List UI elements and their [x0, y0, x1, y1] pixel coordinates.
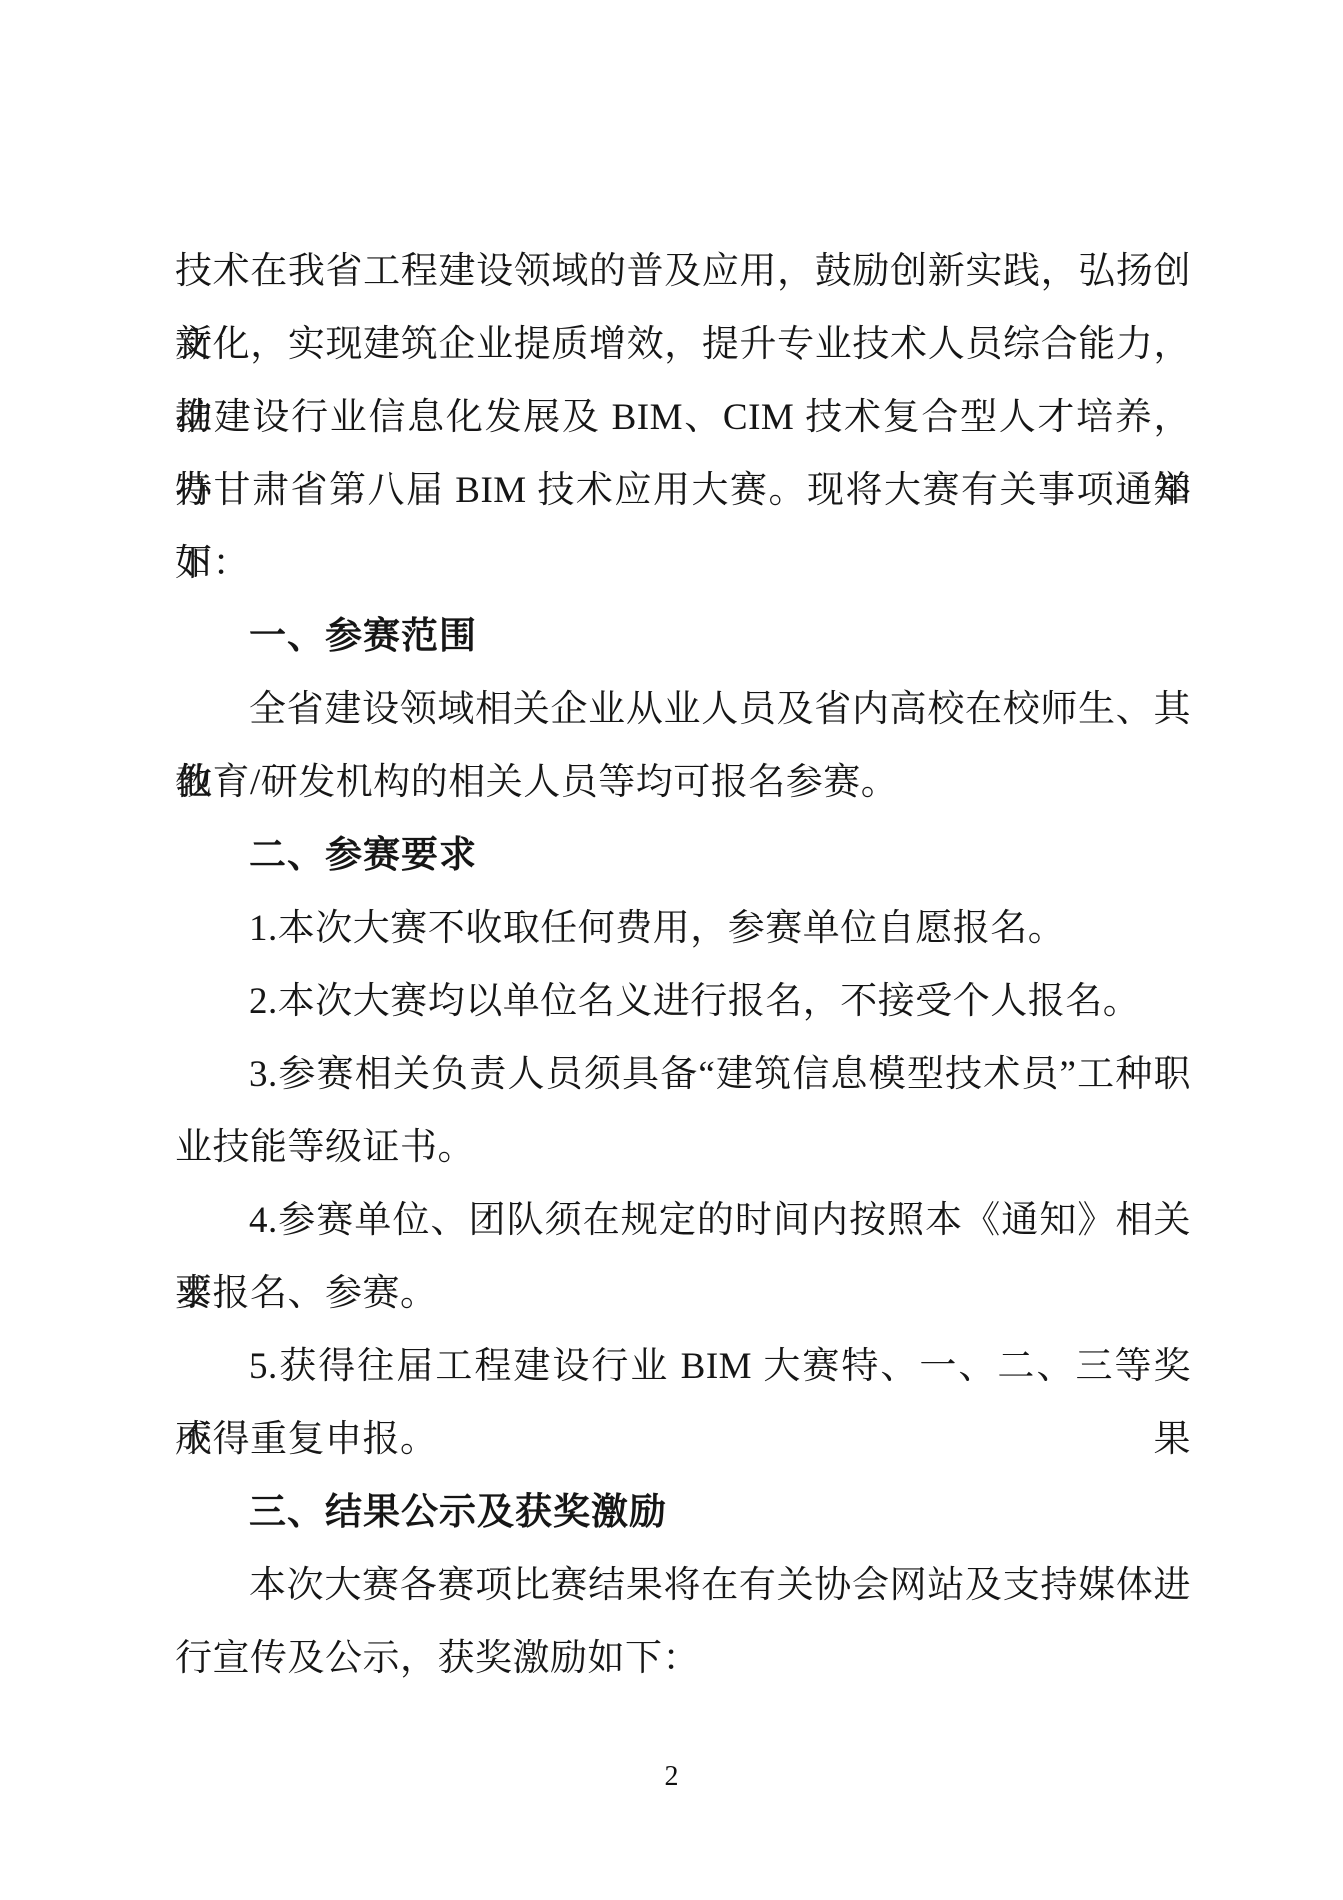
document-page: 技术在我省工程建设领域的普及应用，鼓励创新实践，弘扬创新 文化，实现建筑企业提质…: [0, 0, 1343, 1900]
list-item-4-line: 4.参赛单位、团队须在规定的时间内按照本《通知》相关要: [175, 1184, 1191, 1257]
list-item-4-line: 求报名、参赛。: [175, 1257, 1191, 1330]
paragraph-line: 技术在我省工程建设领域的普及应用，鼓励创新实践，弘扬创新: [175, 235, 1191, 308]
section-3-heading: 三、结果公示及获奖激励: [175, 1476, 1191, 1549]
paragraph-line: 全省建设领域相关企业从业人员及省内高校在校师生、其他: [175, 673, 1191, 746]
paragraph-line: 教育/研发机构的相关人员等均可报名参赛。: [175, 746, 1191, 819]
list-item-3-line: 3.参赛相关负责人员须具备“建筑信息模型技术员”工种职: [175, 1038, 1191, 1111]
list-item-3-line: 业技能等级证书。: [175, 1111, 1191, 1184]
section-2-heading: 二、参赛要求: [175, 819, 1191, 892]
list-item-2-line: 2.本次大赛均以单位名义进行报名，不接受个人报名。: [175, 965, 1191, 1038]
page-number: 2: [0, 1760, 1343, 1794]
paragraph-line: 本次大赛各赛项比赛结果将在有关协会网站及支持媒体进: [175, 1549, 1191, 1622]
paragraph-line: 办甘肃省第八届 BIM 技术应用大赛。现将大赛有关事项通知如: [175, 454, 1191, 527]
document-body: 技术在我省工程建设领域的普及应用，鼓励创新实践，弘扬创新 文化，实现建筑企业提质…: [175, 235, 1191, 1695]
paragraph-line: 行宣传及公示，获奖激励如下：: [175, 1622, 1191, 1695]
paragraph-line: 下：: [175, 527, 1191, 600]
paragraph-line: 文化，实现建筑企业提质增效，提升专业技术人员综合能力，推: [175, 308, 1191, 381]
section-1-heading: 一、参赛范围: [175, 600, 1191, 673]
paragraph-line: 动建设行业信息化发展及 BIM、CIM 技术复合型人才培养，特举: [175, 381, 1191, 454]
list-item-5-line: 5.获得往届工程建设行业 BIM 大赛特、一、二、三等奖成果: [175, 1330, 1191, 1403]
list-item-1-line: 1.本次大赛不收取任何费用，参赛单位自愿报名。: [175, 892, 1191, 965]
